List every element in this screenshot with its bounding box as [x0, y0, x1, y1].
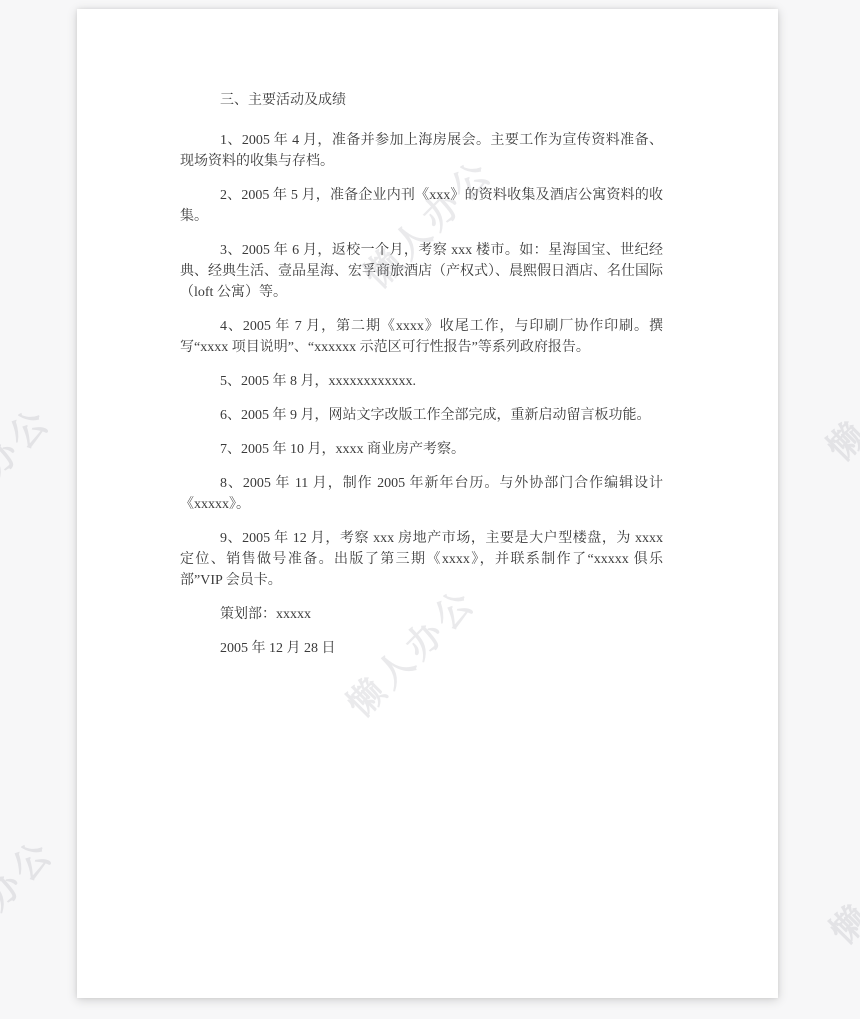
- doc-paragraph-3: 3、2005 年 6 月，返校一个月，考察 xxx 楼市。如：星海国宝、世纪经典…: [180, 240, 663, 303]
- doc-paragraph-9: 9、2005 年 12 月，考察 xxx 房地产市场，主要是大户型楼盘，为 xx…: [180, 528, 663, 591]
- document-content: 三、主要活动及成绩 1、2005 年 4 月，准备并参加上海房展会。主要工作为宣…: [77, 9, 778, 659]
- doc-signature: 策划部：xxxxx: [180, 604, 663, 625]
- watermark-text: 懒人办公: [814, 319, 860, 471]
- watermark-text: 懒人办公: [817, 802, 860, 954]
- doc-paragraph-7: 7、2005 年 10 月，xxxx 商业房产考察。: [180, 439, 663, 460]
- doc-paragraph-8: 8、2005 年 11 月，制作 2005 年新年台历。与外协部门合作编辑设计《…: [180, 473, 663, 515]
- doc-paragraph-5: 5、2005 年 8 月，xxxxxxxxxxxx.: [180, 371, 663, 392]
- doc-paragraph-1: 1、2005 年 4 月，准备并参加上海房展会。主要工作为宣传资料准备、现场资料…: [180, 130, 663, 172]
- doc-heading: 三、主要活动及成绩: [180, 90, 663, 111]
- doc-paragraph-4: 4、2005 年 7 月，第二期《xxxx》收尾工作，与印刷厂协作印刷。撰写“x…: [180, 316, 663, 358]
- doc-date: 2005 年 12 月 28 日: [180, 638, 663, 659]
- document-viewer: 三、主要活动及成绩 1、2005 年 4 月，准备并参加上海房展会。主要工作为宣…: [0, 0, 860, 1019]
- doc-paragraph-2: 2、2005 年 5 月，准备企业内刊《xxx》的资料收集及酒店公寓资料的收集。: [180, 185, 663, 227]
- watermark-text: 懒人办公: [0, 826, 64, 978]
- watermark-text: 懒人办公: [0, 394, 61, 546]
- doc-paragraph-6: 6、2005 年 9 月，网站文字改版工作全部完成，重新启动留言板功能。: [180, 405, 663, 426]
- document-page: 三、主要活动及成绩 1、2005 年 4 月，准备并参加上海房展会。主要工作为宣…: [77, 9, 778, 998]
